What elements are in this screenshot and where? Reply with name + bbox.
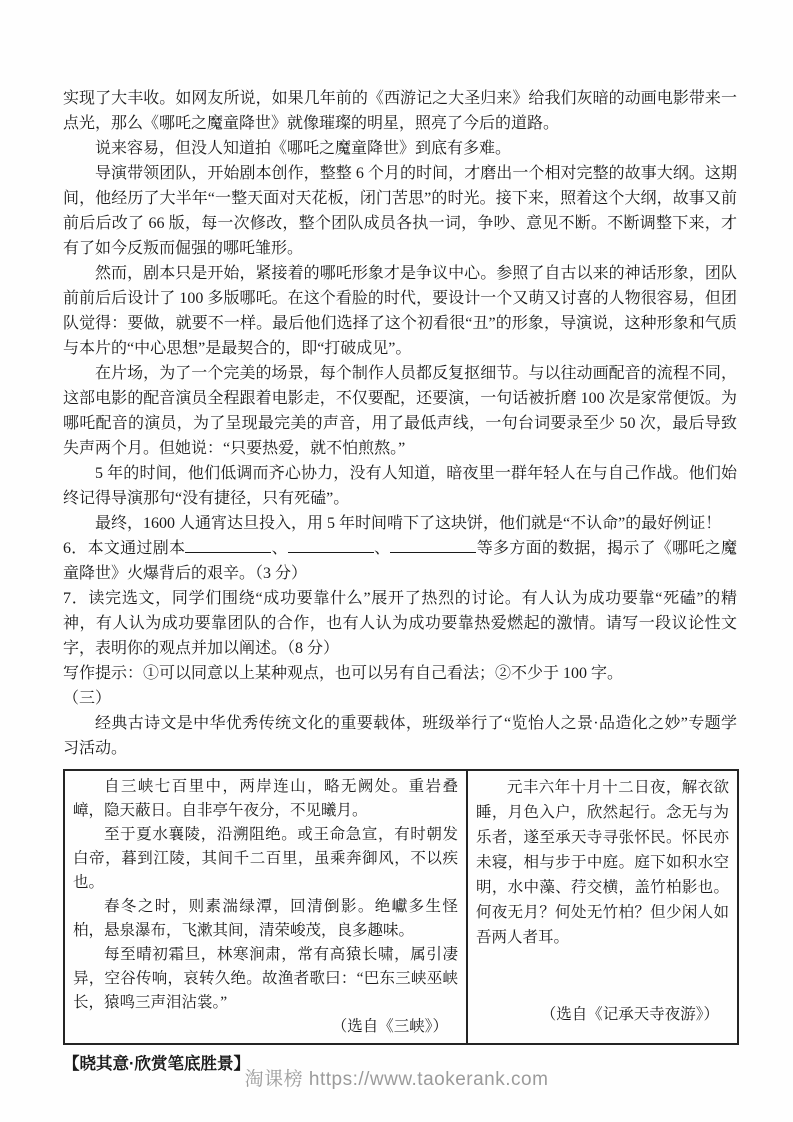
classical-texts-table: 自三峡七百里中，两岸连山，略无阙处。重岩叠嶂，隐天蔽日。自非亭午夜分，不见曦月。…	[63, 769, 739, 1045]
exam-page: 实现了大丰收。如网友所说，如果几年前的《西游记之大圣归来》给我们灰暗的动画电影带…	[0, 0, 793, 1122]
question-6-prefix: 6．本文通过剧本	[63, 540, 185, 557]
sanxia-cell: 自三峡七百里中，两岸连山，略无阙处。重岩叠嶂，隐天蔽日。自非亭午夜分，不见曦月。…	[64, 770, 467, 1044]
chengtiansi-cell: 元丰六年十月十二日夜，解衣欲睡，月色入户，欣然起行。念无与为乐者，遂至承天寺寻张…	[467, 770, 738, 1044]
blank-separator-2: 、	[374, 540, 391, 557]
page-content: 实现了大丰收。如网友所说，如果几年前的《西游记之大圣归来》给我们灰暗的动画电影带…	[63, 86, 737, 1077]
blank-separator-1: 、	[271, 540, 288, 557]
answer-blank-3	[390, 538, 476, 553]
chengtiansi-paragraph: 元丰六年十月十二日夜，解衣欲睡，月色入户，欣然起行。念无与为乐者，遂至承天寺寻张…	[476, 775, 729, 950]
table-row: 自三峡七百里中，两岸连山，略无阙处。重岩叠嶂，隐天蔽日。自非亭午夜分，不见曦月。…	[64, 770, 738, 1044]
section-3-intro: 经典古诗文是中华优秀传统文化的重要载体，班级举行了“览怡人之景·品造化之妙”专题…	[63, 711, 737, 761]
answer-blank-1	[185, 538, 271, 553]
para-7: 最终，1600 人通宵达旦投入，用 5 年时间啃下了这块饼，他们就是“不认命”的…	[63, 511, 737, 536]
para-continuation: 实现了大丰收。如网友所说，如果几年前的《西游记之大圣归来》给我们灰暗的动画电影带…	[63, 86, 737, 136]
question-6: 6．本文通过剧本、、等多方面的数据，揭示了《哪吒之魔童降世》火爆背后的艰辛。（3…	[63, 536, 737, 586]
para-2: 说来容易，但没人知道拍《哪吒之魔童降世》到底有多难。	[63, 136, 737, 161]
para-6: 5 年的时间，他们低调而齐心协力，没有人知道，暗夜里一群年轻人在与自己作战。他们…	[63, 461, 737, 511]
writing-hint: 写作提示：①可以同意以上某种观点，也可以另有自己看法；②不少于 100 字。	[63, 661, 737, 686]
sanxia-source: （选自《三峡》）	[73, 1015, 458, 1039]
answer-blank-2	[288, 538, 374, 553]
para-4: 然而，剧本只是开始，紧接着的哪吒形象才是争议中心。参照了自古以来的神话形象，团队…	[63, 261, 737, 361]
chengtiansi-source: （选自《记承天寺夜游》）	[476, 1002, 729, 1027]
watermark-site-name: 淘课榜	[245, 1069, 304, 1090]
para-3: 导演带领团队，开始剧本创作，整整 6 个月的时间，才磨出一个相对完整的故事大纲。…	[63, 161, 737, 261]
question-7: 7．读完选文，同学们围绕“成功要靠什么”展开了热烈的讨论。有人认为成功要靠“死磕…	[63, 586, 737, 661]
sanxia-paragraph-1: 自三峡七百里中，两岸连山，略无阙处。重岩叠嶂，隐天蔽日。自非亭午夜分，不见曦月。	[73, 775, 458, 823]
section-3-heading: （三）	[63, 686, 737, 711]
watermark-footer: 淘课榜 https://www.taokerank.com	[0, 1064, 793, 1091]
watermark-site-url[interactable]: https://www.taokerank.com	[309, 1069, 549, 1090]
para-5: 在片场，为了一个完美的场景，每个制作人员都反复抠细节。与以往动画配音的流程不同，…	[63, 361, 737, 461]
sanxia-paragraph-2: 至于夏水襄陵，沿溯阻绝。或王命急宣，有时朝发白帝，暮到江陵，其间千二百里，虽乘奔…	[73, 823, 458, 895]
sanxia-paragraph-4: 每至晴初霜旦，林寒涧肃，常有高猿长啸，属引凄异，空谷传响，哀转久绝。故渔者歌曰：…	[73, 943, 458, 1015]
sanxia-paragraph-3: 春冬之时，则素湍绿潭，回清倒影。绝巘多生怪柏，悬泉瀑布，飞漱其间，清荣峻茂，良多…	[73, 895, 458, 943]
